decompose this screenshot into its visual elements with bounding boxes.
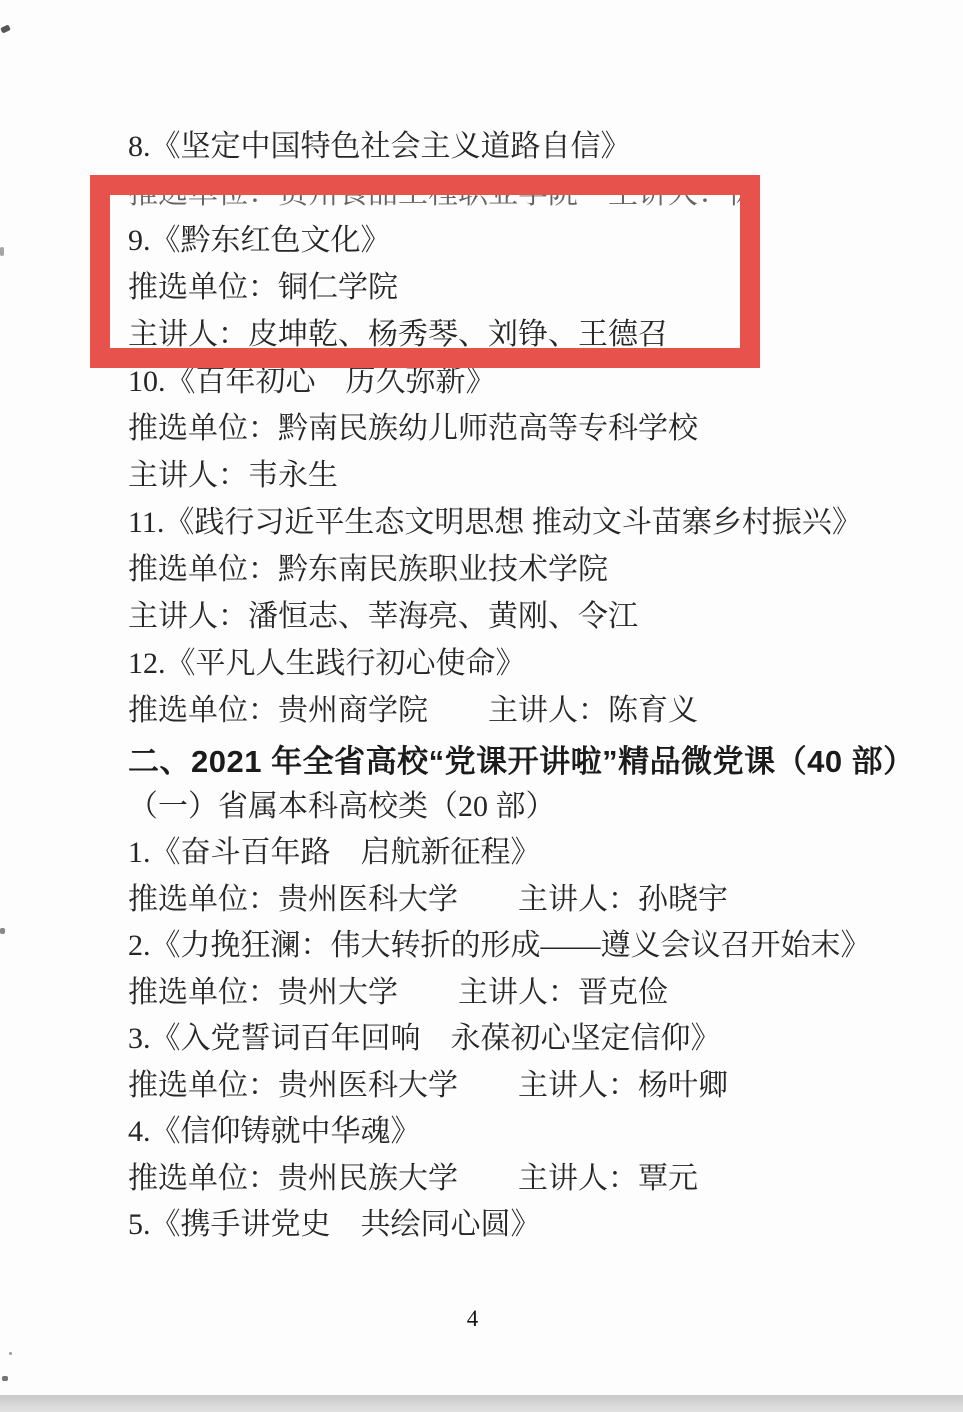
- item-12-title: 12.《平凡人生践行初心使命》: [128, 647, 526, 681]
- item-8-title: 8.《坚定中国特色社会主义道路自信》: [128, 130, 631, 164]
- entry-3-unit-speaker: 推选单位：贵州医科大学 主讲人：杨叶卿: [128, 1069, 728, 1103]
- item-11-speakers: 主讲人：潘恒志、莘海亮、黄刚、令江: [128, 600, 638, 634]
- document-page: 8.《坚定中国特色社会主义道路自信》 推选单位：贵州食品工程职业学院 主讲人：徐…: [0, 0, 963, 1412]
- item-10-title: 10.《百年初心 历久弥新》: [128, 365, 496, 399]
- scan-artifact: [2, 1376, 8, 1381]
- scan-artifact: [0, 928, 5, 934]
- entry-4-title: 4.《信仰铸就中华魂》: [128, 1115, 421, 1149]
- entry-3-title: 3.《入党誓词百年回响 永葆初心坚定信仰》: [128, 1022, 721, 1056]
- scan-artifact: [9, 1352, 12, 1355]
- item-11-title: 11.《践行习近平生态文明思想 推动文斗苗寨乡村振兴》: [128, 506, 862, 540]
- entry-1-title: 1.《奋斗百年路 启航新征程》: [128, 836, 541, 870]
- entry-5-title: 5.《携手讲党史 共绘同心圆》: [128, 1208, 541, 1242]
- red-highlight-box: [90, 175, 760, 368]
- page-number: 4: [0, 1306, 945, 1332]
- item-10-speaker: 主讲人：韦永生: [128, 459, 338, 493]
- entry-2-title: 2.《力挽狂澜：伟大转折的形成——遵义会议召开始末》: [128, 929, 871, 963]
- item-11-unit: 推选单位：黔东南民族职业技术学院: [128, 553, 608, 587]
- scan-bottom-edge: [0, 1395, 963, 1412]
- item-10-unit: 推选单位：黔南民族幼儿师范高等专科学校: [128, 412, 698, 446]
- scan-artifact: [0, 247, 4, 256]
- entry-2-unit-speaker: 推选单位：贵州大学 主讲人：晋克俭: [128, 976, 668, 1010]
- entry-4-unit-speaker: 推选单位：贵州民族大学 主讲人：覃元: [128, 1162, 698, 1196]
- item-12-unit-speaker: 推选单位：贵州商学院 主讲人：陈育义: [128, 694, 698, 728]
- scan-artifact: [0, 24, 11, 33]
- entry-1-unit-speaker: 推选单位：贵州医科大学 主讲人：孙晓宇: [128, 883, 728, 917]
- subsection-1-heading: （一）省属本科高校类（20 部）: [128, 790, 556, 824]
- section-2-heading: 二、2021 年全省高校“党课开讲啦”精品微党课（40 部）: [128, 745, 915, 779]
